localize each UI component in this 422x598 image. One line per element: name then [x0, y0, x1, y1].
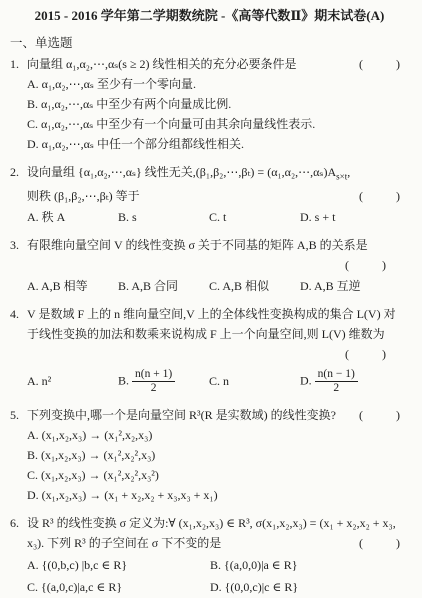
question-4-number: 4.	[10, 304, 27, 397]
question-6-option-c: C. {(a,0,c)|a,c ∈ R}	[27, 576, 210, 598]
question-3-number: 3.	[10, 235, 27, 296]
question-4-option-d: D. n(n − 1)2	[300, 366, 409, 397]
question-4-option-d-label: D.	[300, 373, 312, 387]
question-4-option-b-fraction: n(n + 1)2	[132, 368, 175, 395]
question-4-answer-blank: ( )	[345, 347, 389, 361]
question-5-option-a: A. (x₁,x₂,x₃) → (x₁²,x₂,x₃)	[27, 425, 409, 445]
question-5-option-d: D. (x₁,x₂,x₃) → (x₁ + x₂,x₂ + x₃,x₃ + x₁…	[27, 485, 409, 505]
question-6-option-b: B. {(a,0,0)|a ∈ R}	[210, 554, 409, 576]
question-4-stem-line2: 于线性变换的加法和数乘来说构成 F 上一个向量空间,则 L(V) 维数为	[27, 324, 409, 344]
exam-page: 2015 - 2016 学年第二学期数统院 -《高等代数Ⅱ》期末试卷(A) 一、…	[0, 0, 422, 598]
question-1-option-c: C. α₁,α₂,⋯,αₛ 中至少有一个向量可由其余向量线性表示.	[27, 114, 409, 134]
question-5-option-c: C. (x₁,x₂,x₃) → (x₁²,x₂²,x₃²)	[27, 465, 409, 485]
question-1-number: 1.	[10, 54, 27, 154]
question-6-number: 6.	[10, 513, 27, 598]
question-2-stem-tail: ,	[347, 165, 350, 179]
question-6: 6. 设 R³ 的线性变换 σ 定义为:∀ (x₁,x₂,x₃) ∈ R³, σ…	[10, 513, 409, 598]
question-2: 2. 设向量组 {α₁,α₂,⋯,αₛ} 线性无关,(β₁,β₂,⋯,βₜ) =…	[10, 162, 409, 227]
question-2-option-b: B. s	[118, 207, 209, 227]
question-2-number: 2.	[10, 162, 27, 227]
question-5-answer-blank: ( )	[359, 405, 403, 425]
question-1-option-a: A. α₁,α₂,⋯,αₛ 至少有一个零向量.	[27, 74, 409, 94]
question-4-stem-line1: V 是数域 F 上的 n 维向量空间,V 上的全体线性变换构成的集合 L(V) …	[27, 304, 409, 324]
question-2-stem-line1: 设向量组 {α₁,α₂,⋯,αₛ} 线性无关,(β₁,β₂,⋯,βₜ) = (α…	[27, 162, 409, 186]
question-2-matrix-subscript: s×t	[336, 171, 347, 181]
question-1-answer-blank: ( )	[359, 54, 403, 74]
question-3-option-b: B. A,B 合同	[118, 276, 209, 296]
question-3-stem: 有限维向量空间 V 的线性变换 σ 关于不同基的矩阵 A,B 的关系是	[27, 235, 409, 255]
question-6-stem-line1: 设 R³ 的线性变换 σ 定义为:∀ (x₁,x₂,x₃) ∈ R³, σ(x₁…	[27, 513, 409, 533]
question-5-option-b: B. (x₁,x₂,x₃) → (x₁²,x₂²,x₃)	[27, 445, 409, 465]
question-4-option-b-label: B.	[118, 373, 129, 387]
section-header: 一、单选题	[10, 34, 409, 52]
question-2-stem-line2: 则秩 (β₁,β₂,⋯,βₜ) 等于	[27, 186, 140, 206]
question-3: 3. 有限维向量空间 V 的线性变换 σ 关于不同基的矩阵 A,B 的关系是 (…	[10, 235, 409, 296]
question-4-option-a: A. n²	[27, 371, 118, 391]
question-2-stem-pre: 设向量组 {α₁,α₂,⋯,αₛ} 线性无关,(β₁,β₂,⋯,βₜ) = (α…	[27, 165, 336, 179]
question-3-option-c: C. A,B 相似	[209, 276, 300, 296]
question-5-stem: 下列变换中,哪一个是向量空间 R³(R 是实数域) 的线性变换?	[27, 405, 336, 425]
question-1: 1. 向量组 α₁,α₂,⋯,αₛ(s ≥ 2) 线性相关的充分必要条件是 ( …	[10, 54, 409, 154]
question-4-option-b: B. n(n + 1)2	[118, 366, 209, 397]
question-1-option-b: B. α₁,α₂,⋯,αₛ 中至少有两个向量成比例.	[27, 94, 409, 114]
question-2-option-a: A. 秩 A	[27, 207, 118, 227]
question-3-option-a: A. A,B 相等	[27, 276, 118, 296]
question-6-stem-line2: x₃). 下列 R³ 的子空间在 σ 下不变的是	[27, 533, 221, 553]
question-3-answer-blank: ( )	[345, 258, 389, 272]
question-4: 4. V 是数域 F 上的 n 维向量空间,V 上的全体线性变换构成的集合 L(…	[10, 304, 409, 397]
question-1-option-d: D. α₁,α₂,⋯,αₛ 中任一个部分组都线性相关.	[27, 134, 409, 154]
exam-title: 2015 - 2016 学年第二学期数统院 -《高等代数Ⅱ》期末试卷(A)	[10, 7, 409, 25]
question-6-option-d: D. {(0,0,c)|c ∈ R}	[210, 576, 409, 598]
question-3-option-d: D. A,B 互逆	[300, 276, 409, 296]
question-4-option-d-fraction: n(n − 1)2	[315, 368, 358, 395]
question-2-option-d: D. s + t	[300, 207, 409, 227]
question-1-stem: 向量组 α₁,α₂,⋯,αₛ(s ≥ 2) 线性相关的充分必要条件是	[27, 54, 297, 74]
question-6-answer-blank: ( )	[359, 533, 403, 553]
question-6-option-a: A. {(0,b,c) |b,c ∈ R}	[27, 554, 210, 576]
question-5-number: 5.	[10, 405, 27, 505]
question-2-option-c: C. t	[209, 207, 300, 227]
question-4-option-c: C. n	[209, 371, 300, 391]
question-5: 5. 下列变换中,哪一个是向量空间 R³(R 是实数域) 的线性变换? ( ) …	[10, 405, 409, 505]
question-2-answer-blank: ( )	[359, 186, 403, 206]
